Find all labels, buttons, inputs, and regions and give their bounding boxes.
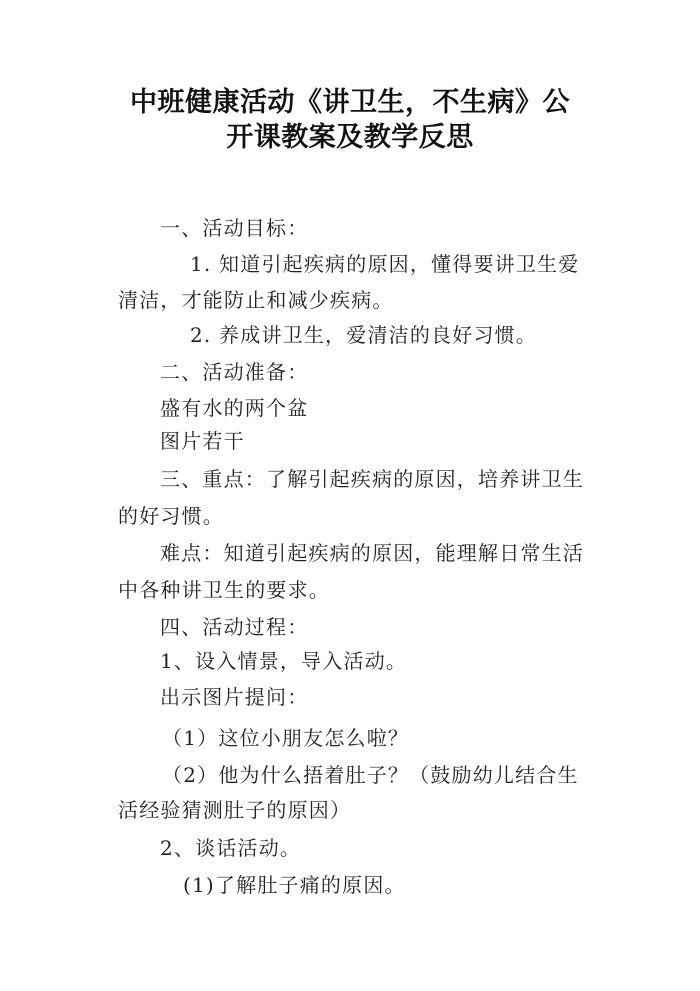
body-text-line: （1）这位小朋友怎么啦？ [162,725,409,751]
body-text-line: 四、活动过程： [160,614,308,640]
body-text-line: 2. 养成讲卫生，爱清洁的良好习惯。 [190,322,537,348]
body-text-line: 1、设入情景，导入活动。 [160,648,407,674]
body-text-line: 1. 知道引起疾病的原因，懂得要讲卫生爱 [190,251,579,277]
body-text-line: 三、重点：了解引起疾病的原因，培养讲卫生 [160,466,584,492]
document-page: 中班健康活动《讲卫生，不生病》公 开课教案及教学反思 一、活动目标：1. 知道引… [0,0,700,991]
body-text-line: (1)了解肚子痛的原因。 [183,872,406,898]
body-text-line: 2、谈话活动。 [160,835,301,861]
body-text-line: 图片若干 [160,428,245,454]
document-title-line-1: 中班健康活动《讲卫生，不生病》公 [0,86,700,120]
body-text-line: 一、活动目标： [160,215,308,241]
body-text-line: 二、活动准备： [160,359,308,385]
body-text-line: 的好习惯。 [118,503,224,529]
body-text-line: 盛有水的两个盆 [160,395,308,421]
body-text-line: （2）他为什么捂着肚子？（鼓励幼儿结合生 [162,762,579,788]
body-text-line: 出示图片提问： [160,684,308,710]
body-text-line: 中各种讲卫生的要求。 [118,577,330,603]
body-text-line: 清洁，才能防止和减少疾病。 [118,287,394,313]
body-text-line: 难点：知道引起疾病的原因，能理解日常生活 [160,540,584,566]
document-title-line-2: 开课教案及教学反思 [0,121,700,155]
body-text-line: 活经验猜测肚子的原因） [118,797,351,823]
